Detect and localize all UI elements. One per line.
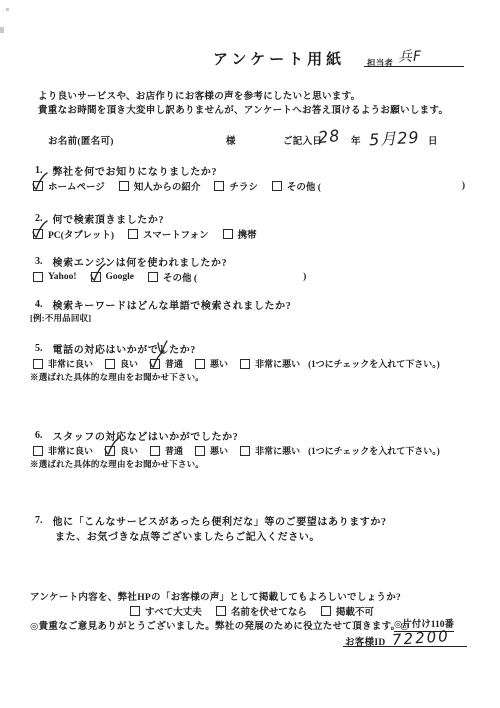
checkbox-label: 携帯 — [238, 227, 257, 241]
checkbox-option[interactable]: 携帯 — [223, 227, 257, 241]
checkbox-option[interactable]: 非常に良い — [33, 357, 93, 370]
checkbox-option[interactable]: 悪い — [195, 444, 228, 457]
checkbox-option[interactable]: ホームページ — [33, 179, 105, 193]
checkbox-label: 普通 — [165, 357, 183, 370]
checkbox-label: 良い — [120, 444, 138, 457]
reason-note: ※選ばれた具体的な理由をお聞かせ下さい。 — [30, 458, 204, 470]
checkbox-option[interactable]: チラシ — [214, 179, 258, 193]
check-instruction: (1つにチェックを入れて下さい。) — [308, 444, 440, 457]
checkbox-option[interactable]: 非常に良い — [33, 444, 93, 457]
checkbox-option[interactable]: 良い — [105, 357, 138, 370]
checkbox-option[interactable]: その他 ( — [272, 179, 321, 193]
checkbox[interactable] — [105, 359, 115, 369]
checkbox-label: その他 ( — [163, 270, 197, 284]
close-paren: ) — [462, 181, 465, 191]
checkbox-label: 非常に良い — [48, 444, 93, 457]
checkbox[interactable] — [195, 446, 205, 456]
checkbox-option[interactable]: 非常に悪い — [240, 357, 300, 370]
checkbox-label: 非常に悪い — [255, 444, 300, 457]
question-text: 電話の対応はいかがでしたか? — [53, 341, 196, 356]
customer-id-label: お客様ID — [345, 634, 386, 648]
checkbox[interactable] — [91, 272, 101, 282]
checkbox[interactable] — [33, 272, 43, 282]
handwritten-check-icon — [103, 437, 121, 457]
intro-line-1: より良いサービスや、お店作りにお客様の声を参考にしたいと思います。 — [38, 88, 360, 102]
checkbox-label: 非常に良い — [48, 357, 93, 370]
year-unit: 年 — [351, 133, 361, 147]
staff-name-handwriting: 兵F — [398, 46, 423, 67]
checkbox-label: 非常に悪い — [255, 357, 300, 370]
checkbox[interactable] — [33, 359, 43, 369]
checkbox[interactable] — [105, 446, 115, 456]
question-text: 弊社を何でお知りになりましたか? — [53, 163, 218, 178]
checkbox[interactable] — [216, 606, 226, 616]
checkbox-label: 悪い — [210, 444, 228, 457]
checkbox-option[interactable]: 名前を伏せてなら — [216, 604, 307, 618]
checkbox-label: ホームページ — [48, 179, 105, 193]
checkbox-option[interactable]: Yahoo! — [33, 272, 77, 282]
scan-artifact — [0, 27, 4, 33]
checkbox[interactable] — [148, 272, 158, 282]
checkbox-label: その他 ( — [287, 179, 321, 193]
checkbox-option[interactable]: PC(タブレット) — [33, 227, 114, 241]
question-text: 何で検索頂きましたか? — [53, 211, 165, 226]
checkbox-label: 良い — [120, 357, 138, 370]
question-number: 6. — [35, 430, 43, 441]
checkbox[interactable] — [128, 229, 138, 239]
handwritten-check-icon — [148, 350, 166, 370]
checkbox-label: 知人からの紹介 — [134, 179, 201, 193]
checkbox-label: 名前を伏せてなら — [231, 604, 307, 618]
thanks-text: ◎貴重なご意見ありがとうございました。弊社の発展のために役立たせて頂きます。◎ — [30, 618, 409, 632]
checkbox-option[interactable]: その他 ( — [148, 270, 197, 284]
day-unit: 日 — [428, 133, 438, 147]
question-number: 5. — [35, 343, 43, 354]
checkbox[interactable] — [321, 606, 331, 616]
checkbox-option[interactable]: Google — [91, 272, 135, 282]
question-example: [例:不用品回収] — [30, 312, 91, 324]
checkbox-option[interactable]: 普通 — [150, 357, 183, 370]
checkbox[interactable] — [150, 446, 160, 456]
question-text: 他に「こんなサービスがあったら便利だな」等のご要望はありますか? — [53, 513, 387, 528]
date-label: ご記入日 — [283, 133, 322, 147]
checkbox[interactable] — [240, 446, 250, 456]
checkbox[interactable] — [33, 446, 43, 456]
checkbox-label: Yahoo! — [48, 272, 77, 282]
checkbox[interactable] — [272, 181, 282, 191]
checkbox[interactable] — [240, 359, 250, 369]
checkbox-option[interactable]: 知人からの紹介 — [119, 179, 201, 193]
checkbox[interactable] — [195, 359, 205, 369]
question-number: 7. — [35, 515, 43, 526]
question-text: スタッフの対応などはいかがでしたか? — [53, 428, 239, 443]
publish-question: アンケート内容を、弊社HPの「お客様の声」として掲載してもよろしいでしょうか? — [30, 589, 401, 603]
question-text-line2: また、お気づきな点等ございましたらご記入ください。 — [55, 528, 320, 543]
checkbox-option[interactable]: 普通 — [150, 444, 183, 457]
close-paren: ) — [303, 272, 306, 282]
reason-note: ※選ばれた具体的な理由をお聞かせ下さい。 — [30, 371, 204, 383]
checkbox[interactable] — [223, 229, 233, 239]
year-value-handwriting: 28 — [317, 126, 341, 147]
checkbox-label: スマートフォン — [143, 227, 209, 241]
checkbox-label: Google — [106, 272, 135, 282]
checkbox-option[interactable]: 良い — [105, 444, 138, 457]
checkbox-label: すべて大丈夫 — [145, 604, 202, 618]
question-text: 検索エンジンは何を使われましたか? — [53, 254, 228, 269]
checkbox[interactable] — [33, 229, 43, 239]
staff-label: 担当者 — [367, 57, 393, 69]
checkbox[interactable] — [119, 181, 129, 191]
handwritten-check-icon — [31, 172, 49, 192]
scan-artifact — [6, 8, 9, 11]
checkbox[interactable] — [150, 359, 160, 369]
checkbox[interactable] — [214, 181, 224, 191]
page-title: アンケート用紙 — [213, 48, 345, 69]
checkbox-option[interactable]: すべて大丈夫 — [130, 604, 202, 618]
checkbox-label: 普通 — [165, 444, 183, 457]
handwritten-check-icon — [89, 263, 107, 283]
checkbox-option[interactable]: 非常に悪い — [240, 444, 300, 457]
checkbox[interactable] — [130, 606, 140, 616]
name-label: お名前(匿名可) — [48, 133, 114, 147]
question-number: 4. — [35, 299, 43, 310]
check-instruction: (1つにチェックを入れて下さい。) — [308, 357, 440, 370]
checkbox-label: 悪い — [210, 357, 228, 370]
checkbox-label: チラシ — [229, 179, 258, 193]
month-day-handwriting: 5月29 — [368, 125, 420, 151]
question-number: 3. — [35, 256, 43, 267]
checkbox[interactable] — [33, 181, 43, 191]
checkbox-option[interactable]: 悪い — [195, 357, 228, 370]
honorific-label: 様 — [226, 133, 236, 147]
checkbox-label: 掲載不可 — [336, 604, 374, 618]
question-text: 検索キーワードはどんな単語で検索されましたか? — [53, 297, 292, 312]
intro-line-2: 貴重なお時間を頂き大変申し訳ありませんが、アンケートへお答え頂けるようお願いしま… — [38, 102, 448, 116]
checkbox-label: PC(タブレット) — [48, 227, 114, 241]
checkbox-option[interactable]: スマートフォン — [128, 227, 209, 241]
handwritten-check-icon — [31, 220, 49, 240]
checkbox-option[interactable]: 掲載不可 — [321, 604, 374, 618]
questionnaire-sheet: アンケート用紙 担当者 兵F より良いサービスや、お店作りにお客様の声を参考にし… — [0, 0, 500, 708]
